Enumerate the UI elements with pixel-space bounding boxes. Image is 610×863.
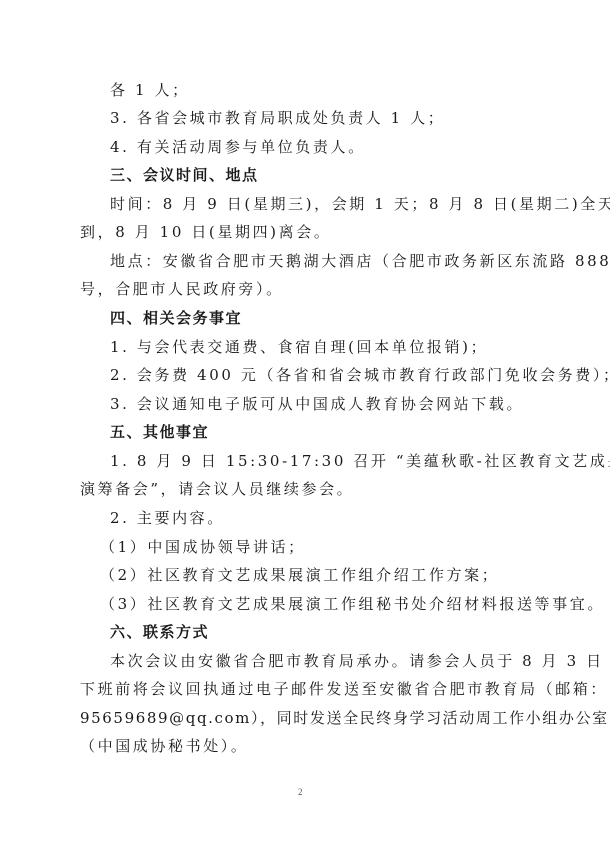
content-item-1: （1）中国成协领导讲话； (100, 537, 550, 557)
affairs-item-2: 2. 会务费 400 元（各省和省会城市教育行政部门免收会务费）； (110, 365, 540, 385)
other-item-2: 2. 主要内容。 (110, 508, 540, 528)
other-item-1: 1. 8 月 9 日 15:30-17:30 召开 “美蕴秋歌-社区教育文艺成果… (110, 451, 540, 471)
attendee-item-3: 3. 各省会城市教育局职成处负责人 1 人； (110, 108, 540, 128)
contact-text-continued-2: （中国成协秘书处）。 (80, 736, 540, 756)
section-heading-contact: 六、联系方式 (110, 622, 540, 642)
affairs-item-3: 3. 会议通知电子版可从中国成人教育协会网站下载。 (110, 394, 540, 414)
other-item-1-continued: 演筹备会”，请会议人员继续参会。 (80, 479, 540, 499)
attendee-continued: 各 1 人； (110, 80, 540, 100)
location-text: 地点：安徽省合肥市天鹅湖大酒店（合肥市政务新区东流路 888 (110, 251, 540, 271)
document-page: 各 1 人； 3. 各省会城市教育局职成处负责人 1 人； 4. 有关活动周参与… (0, 0, 610, 863)
affairs-item-1: 1. 与会代表交通费、食宿自理(回本单位报销)； (110, 337, 540, 357)
attendee-item-4: 4. 有关活动周参与单位负责人。 (110, 137, 540, 157)
contact-text: 本次会议由安徽省合肥市教育局承办。请参会人员于 8 月 3 日 (110, 651, 540, 671)
content-item-3: （3）社区教育文艺成果展演工作组秘书处介绍材料报送等事宜。 (100, 594, 550, 614)
page-number: 2 (298, 787, 303, 797)
time-text: 时间：8 月 9 日(星期三)，会期 1 天；8 月 8 日(星期二)全天报 (110, 194, 540, 214)
location-text-continued: 号，合肥市人民政府旁）。 (80, 279, 540, 299)
section-heading-time-location: 三、会议时间、地点 (110, 165, 540, 185)
time-text-continued: 到，8 月 10 日(星期四)离会。 (80, 222, 540, 242)
content-item-2: （2）社区教育文艺成果展演工作组介绍工作方案； (100, 565, 550, 585)
section-heading-affairs: 四、相关会务事宜 (110, 308, 540, 328)
contact-text-email: 95659689@qq.com），同时发送全民终身学习活动周工作小组办公室 (80, 708, 540, 728)
section-heading-other: 五、其他事宜 (110, 422, 540, 442)
contact-text-continued-1: 下班前将会议回执通过电子邮件发送至安徽省合肥市教育局（邮箱： (80, 679, 540, 699)
